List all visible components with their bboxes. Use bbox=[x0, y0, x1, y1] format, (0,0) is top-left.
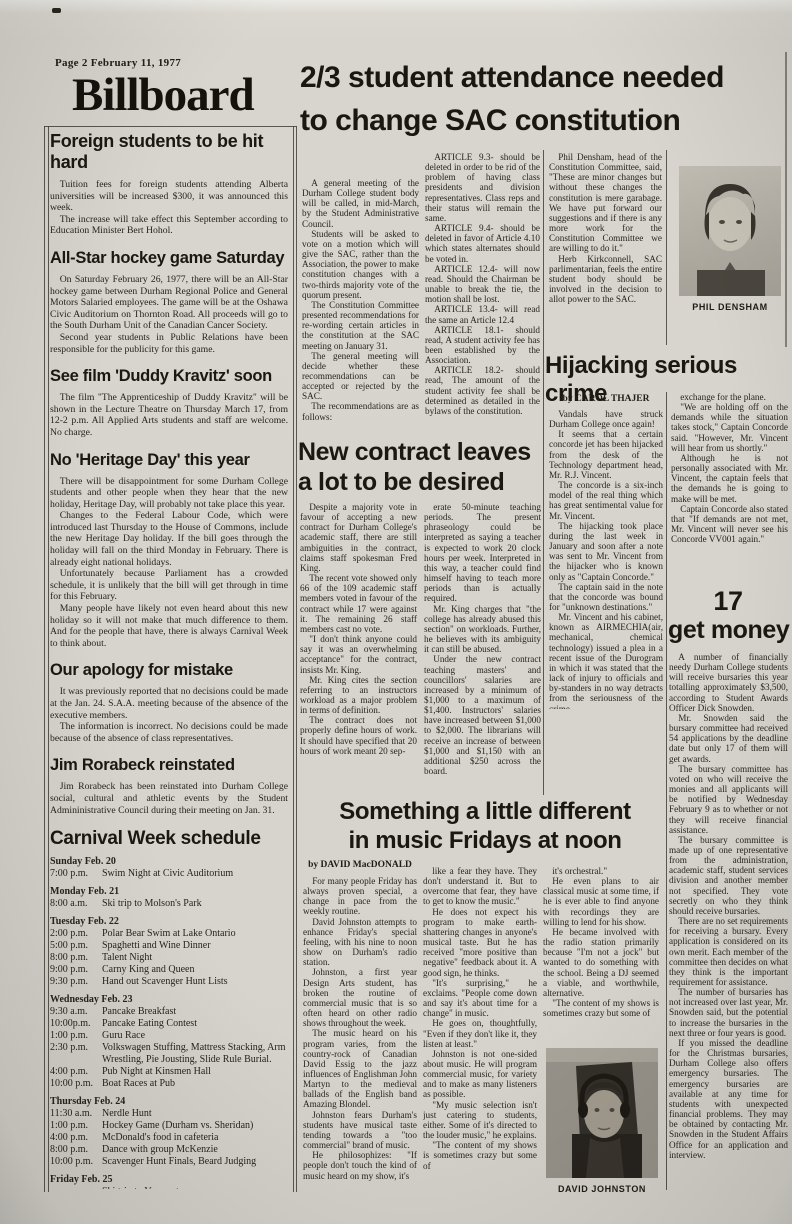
contract-headline: New contract leaves a lot to be desired bbox=[298, 437, 548, 497]
article-body-foreign-students: Tuition fees for foreign students attend… bbox=[50, 179, 288, 237]
schedule-event: Pub Night at Kinsmen Hall bbox=[102, 1066, 288, 1078]
contract-article-col1: Despite a majority vote in favour of acc… bbox=[300, 502, 417, 798]
schedule-day: Wednesday Feb. 23 9:30 a.m.Pancake Break… bbox=[50, 994, 288, 1090]
left-box-left-rule-inner bbox=[48, 126, 49, 1192]
schedule-day: Friday Feb. 25 Ski trip to Vermont bbox=[50, 1174, 288, 1189]
column-rule-right-upper bbox=[666, 150, 667, 345]
schedule-time: 1:00 p.m. bbox=[50, 1030, 102, 1042]
billboard-column: Foreign students to be hit hard Tuition … bbox=[50, 127, 288, 1189]
schedule-time: 7:00 p.m. bbox=[50, 868, 102, 880]
sac-article-col3: Phil Densham, head of the Constitution C… bbox=[549, 152, 662, 350]
schedule-event: Polar Bear Swim at Lake Ontario bbox=[102, 928, 288, 940]
schedule-row: 9:00 p.m.Carny King and Queen bbox=[50, 964, 288, 976]
phil-densham-portrait bbox=[679, 166, 781, 296]
music-article-col2: like a fear they have. They don't unders… bbox=[423, 866, 537, 1190]
schedule-row: Ski trip to Vermont bbox=[50, 1186, 288, 1189]
schedule-day-label: Monday Feb. 21 bbox=[50, 886, 288, 898]
contract-headline-line1: New contract leaves bbox=[298, 437, 548, 467]
schedule-row: 8:00 p.m.Dance with group McKenzie bbox=[50, 1144, 288, 1156]
david-johnston-caption: DAVID JOHNSTON bbox=[544, 1184, 660, 1194]
schedule-row: 8:00 p.m.Talent Night bbox=[50, 952, 288, 964]
article-headline-heritage-day: No 'Heritage Day' this year bbox=[50, 451, 288, 470]
left-box-right-rule-outer bbox=[296, 126, 297, 1192]
schedule-day: Sunday Feb. 20 7:00 p.m.Swim Night at Ci… bbox=[50, 856, 288, 880]
schedule-time: 8:00 a.m. bbox=[50, 898, 102, 910]
contract-headline-line2: a lot to be desired bbox=[298, 467, 548, 497]
schedule-event: Boat Races at Pub bbox=[102, 1078, 288, 1090]
schedule-event: Carny King and Queen bbox=[102, 964, 288, 976]
money-article-body: A number of financially needy Durham Col… bbox=[669, 652, 788, 1190]
schedule-day-label: Thursday Feb. 24 bbox=[50, 1096, 288, 1108]
article-headline-rorabeck: Jim Rorabeck reinstated bbox=[50, 756, 288, 775]
schedule-time: 10:00p.m. bbox=[50, 1018, 102, 1030]
schedule-time: 11:30 a.m. bbox=[50, 1108, 102, 1120]
schedule-event: Volkswagen Stuffing, Mattress Stacking, … bbox=[102, 1042, 288, 1066]
scan-speck bbox=[52, 8, 61, 13]
schedule-headline: Carnival Week schedule bbox=[50, 828, 288, 850]
newspaper-page: Page 2 February 11, 1977 Billboard 2/3 s… bbox=[0, 0, 792, 1224]
david-johnston-portrait bbox=[546, 1048, 658, 1178]
carnival-schedule: Sunday Feb. 20 7:00 p.m.Swim Night at Ci… bbox=[50, 856, 288, 1189]
column-rule-right-lower bbox=[666, 392, 667, 1190]
main-headline: 2/3 student attendance needed to change … bbox=[300, 56, 790, 142]
hijack-article-col1: Vandals have struck Durham College once … bbox=[549, 409, 663, 709]
david-johnston-photo bbox=[546, 1048, 658, 1178]
schedule-row: 2:30 p.m.Volkswagen Stuffing, Mattress S… bbox=[50, 1042, 288, 1066]
schedule-row: 8:00 a.m.Ski trip to Molson's Park bbox=[50, 898, 288, 910]
schedule-day-label: Friday Feb. 25 bbox=[50, 1174, 288, 1186]
sac-article-col2: ARTICLE 9.3- should be deleted in order … bbox=[425, 152, 540, 437]
phil-densham-caption: PHIL DENSHAM bbox=[672, 302, 788, 312]
schedule-time: 2:30 p.m. bbox=[50, 1042, 102, 1066]
phil-densham-photo bbox=[679, 166, 781, 296]
schedule-row: 7:00 p.m.Swim Night at Civic Auditorium bbox=[50, 868, 288, 880]
schedule-event: Pancake Breakfast bbox=[102, 1006, 288, 1018]
music-headline: Something a little different in music Fr… bbox=[305, 797, 665, 855]
schedule-time: 9:30 p.m. bbox=[50, 976, 102, 988]
schedule-event: Swim Night at Civic Auditorium bbox=[102, 868, 288, 880]
article-headline-foreign-students: Foreign students to be hit hard bbox=[50, 131, 288, 173]
schedule-event: Scavenger Hunt Finals, Beard Judging bbox=[102, 1156, 288, 1168]
schedule-time: 10:00 p.m. bbox=[50, 1156, 102, 1168]
schedule-event: Guru Race bbox=[102, 1030, 288, 1042]
music-article-col1: For many people Friday has always proven… bbox=[303, 876, 417, 1190]
article-headline-apology: Our apology for mistake bbox=[50, 661, 288, 680]
schedule-time: 9:00 p.m. bbox=[50, 964, 102, 976]
schedule-event: Spaghetti and Wine Dinner bbox=[102, 940, 288, 952]
main-headline-line1: 2/3 student attendance needed bbox=[300, 56, 790, 99]
schedule-row: 11:30 a.m.Nerdle Hunt bbox=[50, 1108, 288, 1120]
schedule-day: Tuesday Feb. 22 2:00 p.m.Polar Bear Swim… bbox=[50, 916, 288, 988]
hijack-article-col2: exchange for the plane. "We are holding … bbox=[671, 392, 788, 584]
sac-article-col1: A general meeting of the Durham College … bbox=[302, 178, 419, 436]
article-headline-allstar-hockey: All-Star hockey game Saturday bbox=[50, 249, 288, 268]
schedule-event: Pancake Eating Contest bbox=[102, 1018, 288, 1030]
article-body-apology: It was previously reported that no decis… bbox=[50, 686, 288, 744]
schedule-event: Hockey Game (Durham vs. Sheridan) bbox=[102, 1120, 288, 1132]
money-headline-number: 17 bbox=[668, 586, 788, 617]
schedule-row: 1:00 p.m.Hockey Game (Durham vs. Sherida… bbox=[50, 1120, 288, 1132]
article-body-allstar-hockey: On Saturday February 26, 1977, there wil… bbox=[50, 274, 288, 355]
contract-article-col2: erate 50-minute teaching periods. The pr… bbox=[424, 502, 541, 798]
schedule-time: 10:00 p.m. bbox=[50, 1078, 102, 1090]
schedule-time: 8:00 p.m. bbox=[50, 1144, 102, 1156]
schedule-time: 2:00 p.m. bbox=[50, 928, 102, 940]
schedule-time bbox=[50, 1186, 102, 1189]
left-box-left-rule-outer bbox=[44, 126, 45, 1192]
schedule-event: Ski trip to Molson's Park bbox=[102, 898, 288, 910]
hijack-byline: by CAROL THAJER bbox=[548, 394, 664, 404]
schedule-time: 1:00 p.m. bbox=[50, 1120, 102, 1132]
schedule-row: 2:00 p.m.Polar Bear Swim at Lake Ontario bbox=[50, 928, 288, 940]
money-headline-text: get money bbox=[668, 616, 790, 645]
main-headline-line2: to change SAC constitution bbox=[300, 99, 790, 142]
music-byline: by DAVID MacDONALD bbox=[302, 860, 418, 870]
schedule-event: Talent Night bbox=[102, 952, 288, 964]
schedule-row: 9:30 a.m.Pancake Breakfast bbox=[50, 1006, 288, 1018]
schedule-row: 1:00 p.m.Guru Race bbox=[50, 1030, 288, 1042]
music-headline-line1: Something a little different bbox=[305, 797, 665, 826]
schedule-row: 4:00 p.m.McDonald's food in cafeteria bbox=[50, 1132, 288, 1144]
masthead-title: Billboard bbox=[72, 68, 254, 122]
article-body-heritage-day: There will be disappointment for some Du… bbox=[50, 476, 288, 650]
schedule-event: Nerdle Hunt bbox=[102, 1108, 288, 1120]
music-article-col3: it's orchestral." He even plans to air c… bbox=[543, 866, 659, 1042]
schedule-row: 10:00 p.m.Boat Races at Pub bbox=[50, 1078, 288, 1090]
article-body-rorabeck: Jim Rorabeck has been reinstated into Du… bbox=[50, 781, 288, 816]
schedule-day-label: Tuesday Feb. 22 bbox=[50, 916, 288, 928]
schedule-event: Hand out Scavenger Hunt Lists bbox=[102, 976, 288, 988]
schedule-event: Ski trip to Vermont bbox=[102, 1186, 288, 1189]
left-box-right-rule-inner bbox=[293, 126, 294, 1192]
schedule-row: 4:00 p.m.Pub Night at Kinsmen Hall bbox=[50, 1066, 288, 1078]
schedule-event: McDonald's food in cafeteria bbox=[102, 1132, 288, 1144]
schedule-event: Dance with group McKenzie bbox=[102, 1144, 288, 1156]
schedule-row: 9:30 p.m.Hand out Scavenger Hunt Lists bbox=[50, 976, 288, 988]
article-headline-duddy-kravitz: See film 'Duddy Kravitz' soon bbox=[50, 367, 288, 386]
article-body-duddy-kravitz: The film "The Apprenticeship of Duddy Kr… bbox=[50, 392, 288, 438]
schedule-day: Monday Feb. 21 8:00 a.m.Ski trip to Mols… bbox=[50, 886, 288, 910]
schedule-day-label: Wednesday Feb. 23 bbox=[50, 994, 288, 1006]
schedule-time: 4:00 p.m. bbox=[50, 1066, 102, 1078]
schedule-time: 9:30 a.m. bbox=[50, 1006, 102, 1018]
schedule-day: Thursday Feb. 24 11:30 a.m.Nerdle Hunt 1… bbox=[50, 1096, 288, 1168]
schedule-time: 5:00 p.m. bbox=[50, 940, 102, 952]
schedule-time: 8:00 p.m. bbox=[50, 952, 102, 964]
schedule-day-label: Sunday Feb. 20 bbox=[50, 856, 288, 868]
schedule-row: 10:00p.m.Pancake Eating Contest bbox=[50, 1018, 288, 1030]
schedule-time: 4:00 p.m. bbox=[50, 1132, 102, 1144]
schedule-row: 10:00 p.m.Scavenger Hunt Finals, Beard J… bbox=[50, 1156, 288, 1168]
schedule-row: 5:00 p.m.Spaghetti and Wine Dinner bbox=[50, 940, 288, 952]
music-headline-line2: in music Fridays at noon bbox=[305, 826, 665, 855]
